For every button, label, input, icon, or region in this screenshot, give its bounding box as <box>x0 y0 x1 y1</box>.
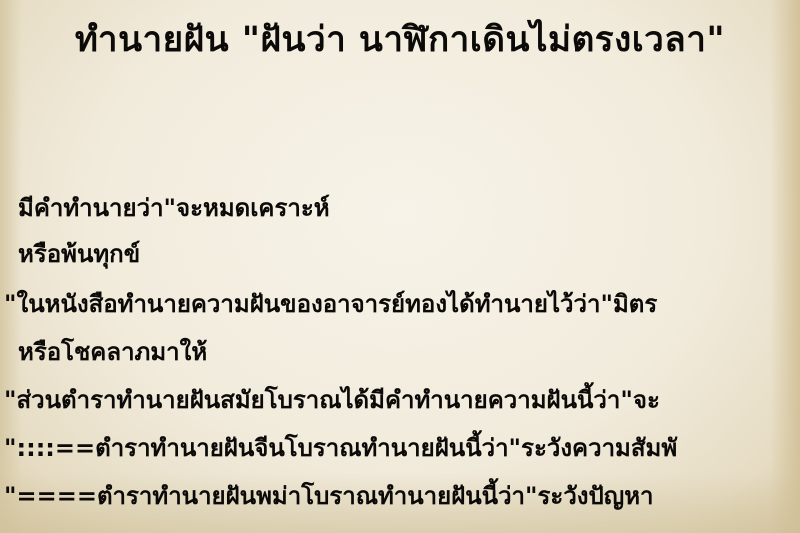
text-line-5: "ส่วนตำราทำนายฝันสมัยโบราณได้มีคำทำนายคว… <box>4 385 660 415</box>
text-line-7: "====ตำราทำนายฝันพม่าโบราณทำนายฝันนี้ว่า… <box>4 481 654 511</box>
page-title: ทำนายฝัน "ฝันว่า นาฬิกาเดินไม่ตรงเวลา" <box>0 12 800 67</box>
text-line-3: "ในหนังสือทำนายความฝันของอาจารย์ทองได้ทำ… <box>4 289 657 319</box>
text-line-2: หรือพ้นทุกข์ <box>18 239 140 269</box>
text-line-4: หรือโชคลาภมาให้ <box>18 337 207 367</box>
text-line-1: มีคำทำนายว่า"จะหมดเคราะห์ <box>18 193 330 223</box>
text-line-6: "::::==ตำราทำนายฝันจีนโบราณทำนายฝันนี้ว่… <box>4 433 677 463</box>
parchment-edge-right <box>770 0 800 533</box>
